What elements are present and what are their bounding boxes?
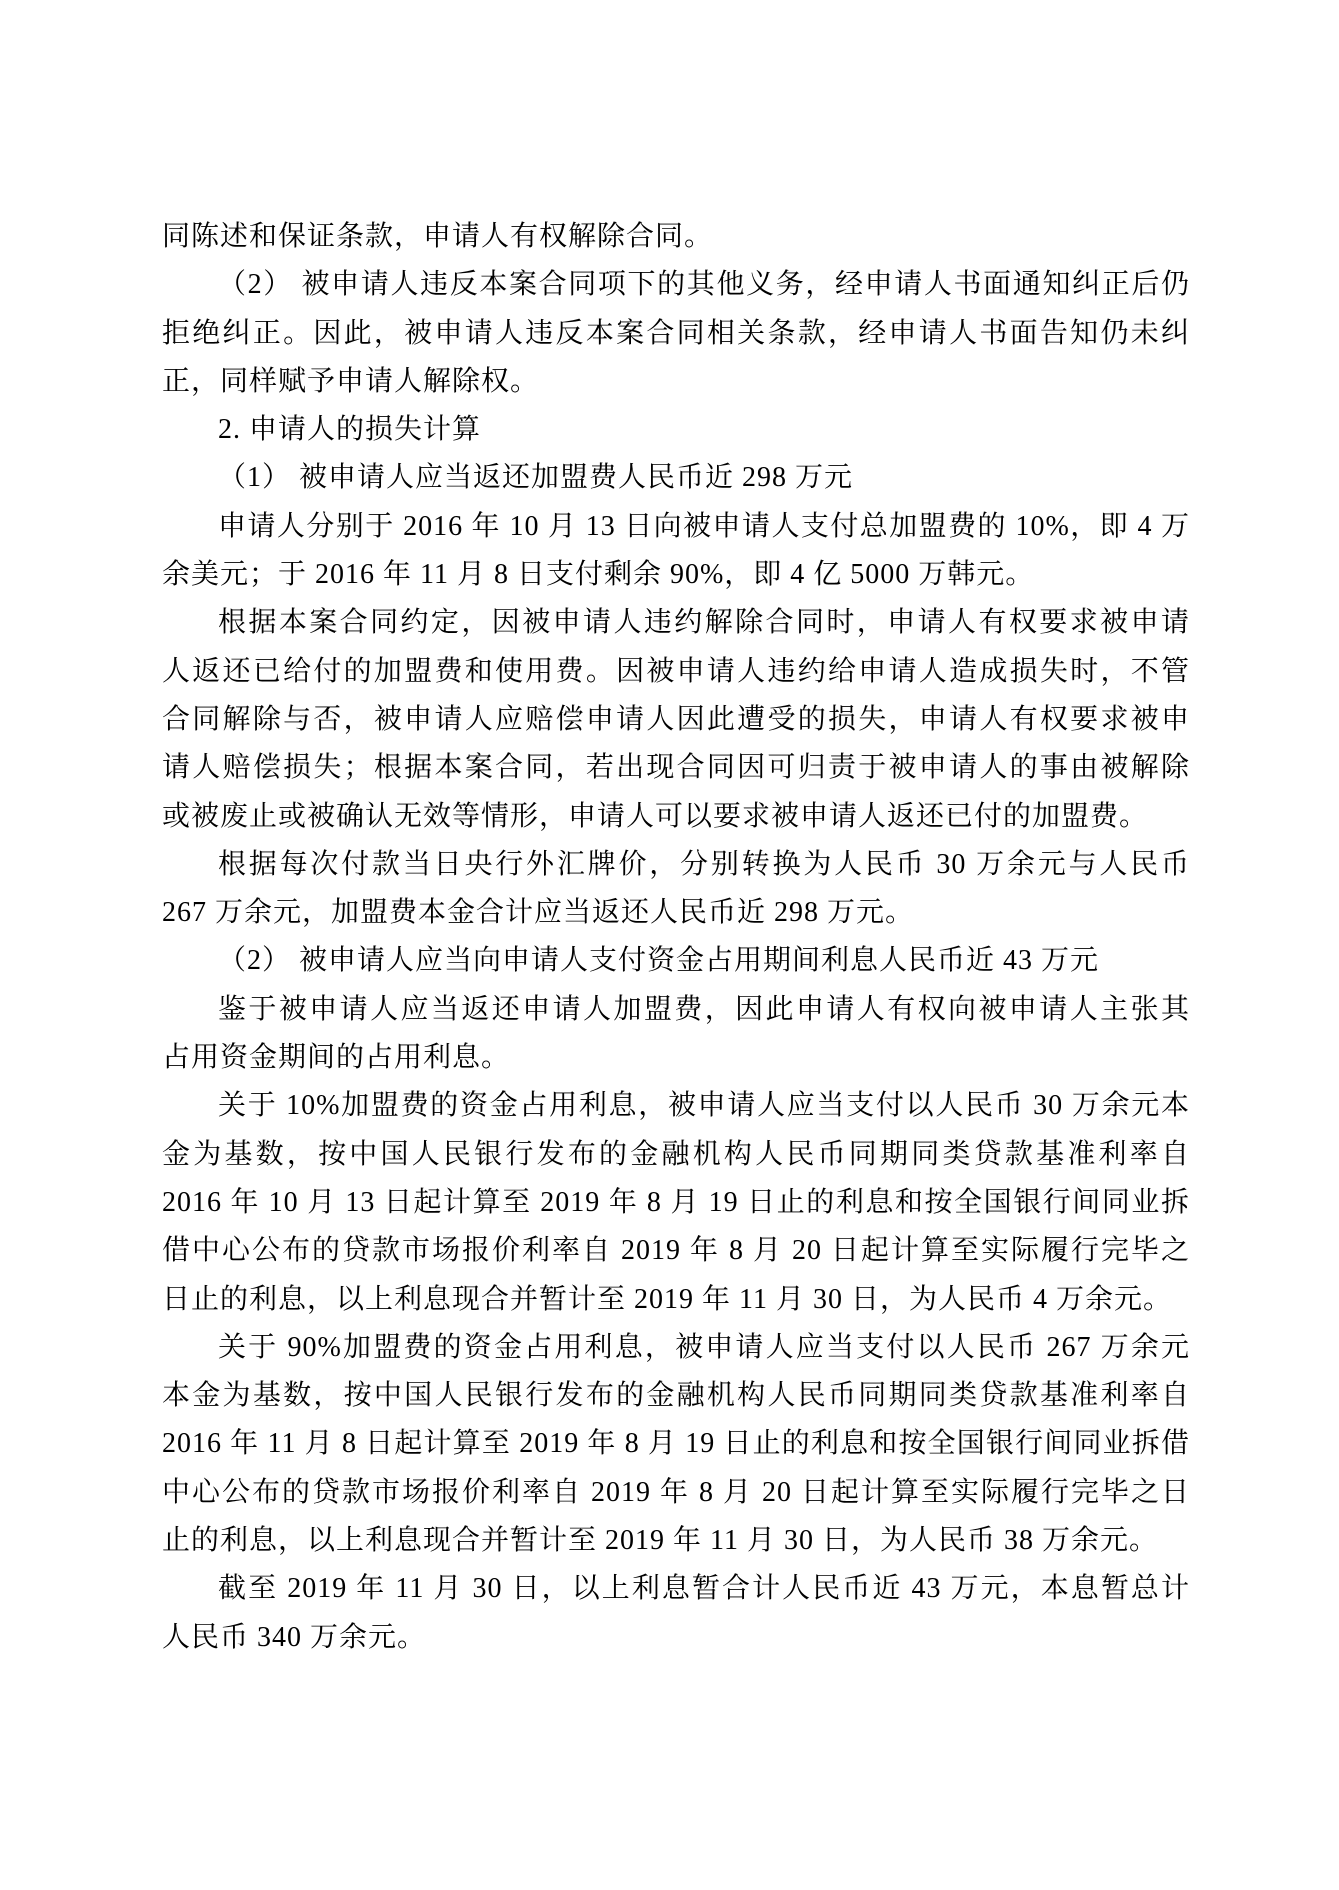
text-line: 日止的利息，以上利息现合并暂计至 2019 年 11 月 30 日，为人民币 4… (162, 1276, 1190, 1324)
text-line: 金为基数，按中国人民银行发布的金融机构人民币同期同类贷款基准利率自 (162, 1131, 1190, 1179)
text-line: 267 万余元，加盟费本金合计应当返还人民币近 298 万元。 (162, 889, 1190, 937)
text-line: 关于 10%加盟费的资金占用利息，被申请人应当支付以人民币 30 万余元本 (162, 1082, 1190, 1130)
text-line: 余美元；于 2016 年 11 月 8 日支付剩余 90%，即 4 亿 5000… (162, 551, 1190, 599)
text-line: 请人赔偿损失；根据本案合同，若出现合同因可归责于被申请人的事由被解除 (162, 744, 1190, 792)
document-page: 同陈述和保证条款，申请人有权解除合同。（2） 被申请人违反本案合同项下的其他义务… (0, 0, 1339, 1890)
text-line: 拒绝纠正。因此，被申请人违反本案合同相关条款，经申请人书面告知仍未纠 (162, 310, 1190, 358)
text-line: 人民币 340 万余元。 (162, 1614, 1190, 1662)
text-line: 申请人分别于 2016 年 10 月 13 日向被申请人支付总加盟费的 10%，… (162, 503, 1190, 551)
text-line: 占用资金期间的占用利息。 (162, 1034, 1190, 1082)
text-line: 关于 90%加盟费的资金占用利息，被申请人应当支付以人民币 267 万余元 (162, 1324, 1190, 1372)
text-line: 人返还已给付的加盟费和使用费。因被申请人违约给申请人造成损失时，不管 (162, 648, 1190, 696)
text-line: 2016 年 10 月 13 日起计算至 2019 年 8 月 19 日止的利息… (162, 1179, 1190, 1227)
text-line: （2） 被申请人应当向申请人支付资金占用期间利息人民币近 43 万元 (162, 937, 1190, 985)
text-line: 截至 2019 年 11 月 30 日，以上利息暂合计人民币近 43 万元，本息… (162, 1565, 1190, 1613)
text-line: 借中心公布的贷款市场报价利率自 2019 年 8 月 20 日起计算至实际履行完… (162, 1227, 1190, 1275)
text-line: 根据本案合同约定，因被申请人违约解除合同时，申请人有权要求被申请 (162, 599, 1190, 647)
text-line: 中心公布的贷款市场报价利率自 2019 年 8 月 20 日起计算至实际履行完毕… (162, 1469, 1190, 1517)
text-line: （2） 被申请人违反本案合同项下的其他义务，经申请人书面通知纠正后仍 (162, 261, 1190, 309)
text-line: 同陈述和保证条款，申请人有权解除合同。 (162, 213, 1190, 261)
text-line: 根据每次付款当日央行外汇牌价，分别转换为人民币 30 万余元与人民币 (162, 841, 1190, 889)
text-line: 2016 年 11 月 8 日起计算至 2019 年 8 月 19 日止的利息和… (162, 1420, 1190, 1468)
text-line: 正，同样赋予申请人解除权。 (162, 358, 1190, 406)
text-line: 2. 申请人的损失计算 (162, 406, 1190, 454)
text-line: （1） 被申请人应当返还加盟费人民币近 298 万元 (162, 454, 1190, 502)
text-line: 止的利息，以上利息现合并暂计至 2019 年 11 月 30 日，为人民币 38… (162, 1517, 1190, 1565)
text-line: 本金为基数，按中国人民银行发布的金融机构人民币同期同类贷款基准利率自 (162, 1372, 1190, 1420)
text-line: 合同解除与否，被申请人应赔偿申请人因此遭受的损失，申请人有权要求被申 (162, 696, 1190, 744)
text-block: 同陈述和保证条款，申请人有权解除合同。（2） 被申请人违反本案合同项下的其他义务… (162, 213, 1190, 1662)
text-line: 或被废止或被确认无效等情形，申请人可以要求被申请人返还已付的加盟费。 (162, 793, 1190, 841)
text-line: 鉴于被申请人应当返还申请人加盟费，因此申请人有权向被申请人主张其 (162, 986, 1190, 1034)
